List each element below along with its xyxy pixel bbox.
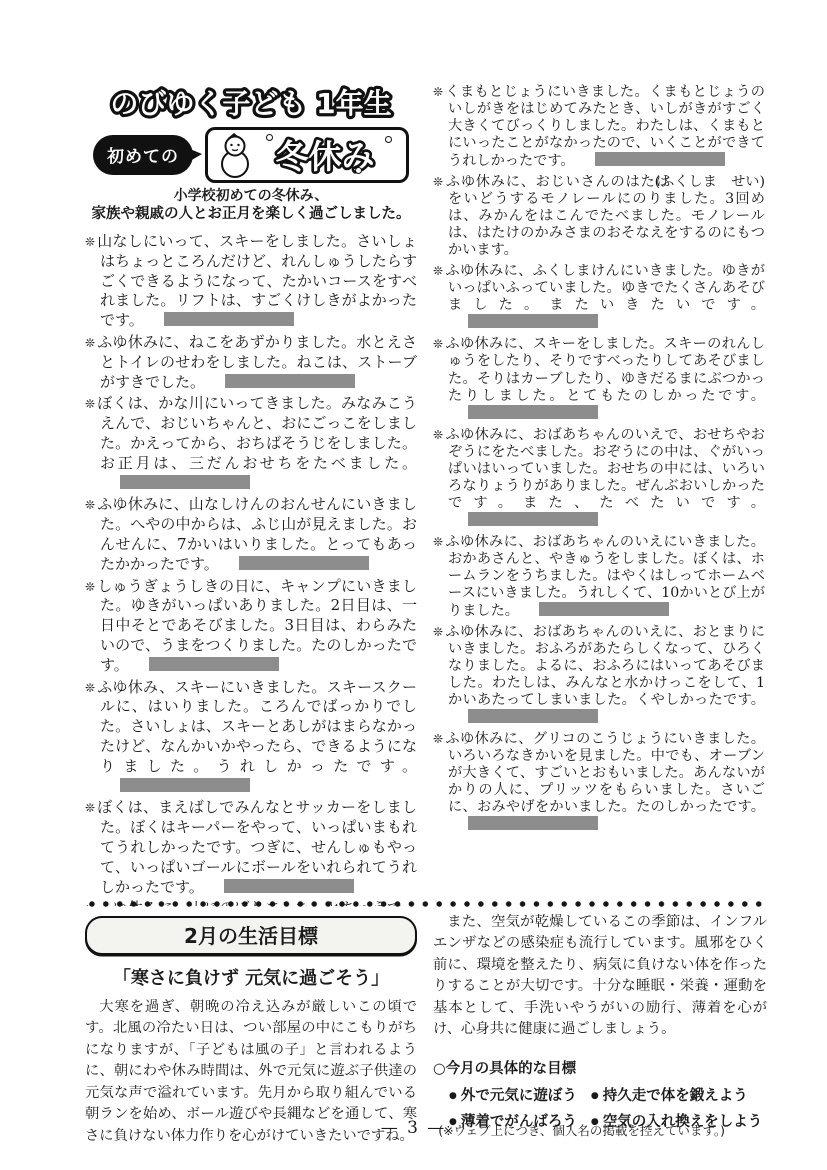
snowflake-dot-icon	[355, 167, 362, 174]
florette-bullet-icon: ❊	[85, 336, 95, 350]
banner-row: 初めての 冬休み	[93, 127, 417, 183]
left-essay-4: ❊ふゆ休みに、山なしけんのおんせんにいきました。へやの中からは、ふじ山が見えまし…	[85, 495, 417, 574]
concrete-goals-heading: ○今月の具体的な目標	[433, 1057, 767, 1078]
essay-columns: のびゆく子ども 1年生 初めての	[0, 0, 827, 906]
bullet-icon: ●	[449, 1091, 457, 1101]
redacted-name-box	[468, 405, 598, 419]
redacted-name-box	[468, 314, 598, 328]
redacted-name-box	[468, 512, 598, 526]
left-essay-5: ❊しゅうぎょうしきの日に、キャンプにいきました。ゆきがいっぱいありました。2日目…	[85, 577, 417, 676]
left-essay-6: ❊ふゆ休み、スキーにいきました。スキースクールに、はいりました。ころんでばっかり…	[85, 678, 417, 797]
page-footer: — 3 — (※ウェブ上につき、個人名の掲載を控えています。)	[0, 1118, 827, 1142]
left-essay-list: ❊山なしにいって、スキーをしました。さいしょはちょっところんだけど、れんしゅうし…	[85, 232, 417, 906]
newsletter-page: のびゆく子ども 1年生 初めての	[0, 0, 827, 1170]
redacted-name-box	[468, 816, 598, 830]
redacted-name-box	[224, 879, 354, 893]
snowflake-dot-icon	[385, 136, 392, 143]
left-essay-7: ❊ぼくは、まえばしでみんなとサッカーをしました。ぼくはキーパーをやって、いっぱい…	[85, 798, 417, 897]
florette-bullet-icon: ❊	[433, 175, 443, 189]
right-column: ❊くまもとじょうにいきました。くまもとじょうのいしがきをはじめてみたとき、いしが…	[433, 84, 765, 906]
left-essay-2: ❊ふゆ休みに、ねこをあずかりました。水とえさとトイレのせわをしました。ねこは、ス…	[85, 333, 417, 392]
right-essay-8: ❊ふゆ休みに、グリコのこうじょうにいきました。いろいろなきかいを見ました。中でも…	[433, 731, 765, 834]
dotted-separator	[85, 899, 765, 909]
subtitle-line-2: 家族や親戚の人とお正月を楽しく過ごしました。	[85, 205, 417, 224]
goal-item-label: 持久走で体を鍛えよう	[603, 1088, 748, 1104]
goal-item: ●外で元気に遊ぼう	[449, 1084, 577, 1105]
florette-bullet-icon: ❊	[85, 498, 95, 512]
florette-bullet-icon: ❊	[433, 85, 443, 99]
left-essay-1: ❊山なしにいって、スキーをしました。さいしょはちょっところんだけど、れんしゅうし…	[85, 232, 417, 331]
right-essay-list: ❊くまもとじょうにいきました。くまもとじょうのいしがきをはじめてみたとき、いしが…	[433, 84, 765, 834]
essay-text: ふゆ休みに、ふくしまけんにいきました。ゆきがいっぱいふっていました。ゆきでたくさ…	[445, 263, 765, 313]
masthead: のびゆく子ども 1年生 初めての	[85, 84, 417, 224]
left-column: のびゆく子ども 1年生 初めての	[85, 84, 417, 906]
right-essay-4: ❊ふゆ休みに、スキーをしました。スキーのれんしゅうをしたり、そりですべったりして…	[433, 336, 765, 422]
masthead-title-art: のびゆく子ども 1年生	[85, 84, 417, 122]
winter-break-banner: 冬休み	[205, 127, 409, 183]
privacy-note: (※ウェブ上につき、個人名の掲載を控えています。)	[438, 1121, 725, 1139]
redacted-name-box	[239, 556, 369, 570]
redacted-name-box	[149, 657, 279, 671]
florette-bullet-icon: ❊	[433, 337, 443, 351]
right-essay-1: ❊くまもとじょうにいきました。くまもとじょうのいしがきをはじめてみたとき、いしが…	[433, 84, 765, 170]
florette-bullet-icon: ❊	[85, 681, 95, 695]
essay-text: ふゆ休みに、スキーをしました。スキーのれんしゅうをしたり、そりですべったりしてあ…	[445, 336, 765, 403]
florette-bullet-icon: ❊	[433, 625, 443, 639]
goal-item: ●持久走で体を鍛えよう	[591, 1084, 762, 1105]
redacted-name-box	[164, 312, 294, 326]
essay-text: ふゆ休みに、おばあちゃんのいえに、おとまりにいきました。おふろがあたらしくなって…	[445, 624, 765, 708]
florette-bullet-icon: ❊	[433, 732, 443, 746]
florette-bullet-icon: ❊	[85, 580, 95, 594]
health-body: また、空気が乾燥しているこの季節は、インフルエンザなどの感染症も流行しています。…	[433, 912, 767, 1041]
redacted-name-box	[120, 475, 250, 489]
essay-text: ふゆ休みに、おばあちゃんのいえで、おせちやおぞうにをたべました。おぞうにの中は、…	[445, 427, 765, 511]
essay-text: ふゆ休み、スキーにいきました。スキースクールに、はいりました。ころんでばっかりで…	[97, 678, 417, 775]
essay-text: ふゆ休みに、グリコのこうじょうにいきました。いろいろなきかいを見ました。中でも、…	[445, 731, 765, 815]
right-essay-5: ❊ふゆ休みに、おばあちゃんのいえで、おせちやおぞうにをたべました。おぞうにの中は…	[433, 427, 765, 530]
life-goal-section: 2月の生活目標 「寒さに負けず 元気に過ごそう」 大寒を過ぎ、朝晩の冷え込みが厳…	[85, 916, 417, 1147]
snowman-icon	[208, 131, 260, 179]
lead-subtitle: 小学校初めての冬休み、 家族や親戚の人とお正月を楽しく過ごしました。	[85, 187, 417, 224]
essay-attribution: (ふくしま せい)	[670, 174, 765, 191]
florette-bullet-icon: ❊	[433, 264, 443, 278]
florette-bullet-icon: ❊	[85, 235, 95, 249]
florette-bullet-icon: ❊	[433, 428, 443, 442]
florette-bullet-icon: ❊	[433, 535, 443, 549]
bullet-icon: ●	[591, 1091, 599, 1101]
right-essay-3: ❊ふゆ休みに、ふくしまけんにいきました。ゆきがいっぱいふっていました。ゆきでたく…	[433, 263, 765, 332]
florette-bullet-icon: ❊	[85, 397, 95, 411]
masthead-title: のびゆく子ども 1年生	[110, 87, 391, 120]
right-essay-7: ❊ふゆ休みに、おばあちゃんのいえに、おとまりにいきました。おふろがあたらしくなっ…	[433, 624, 765, 727]
first-time-badge: 初めての	[93, 135, 193, 175]
right-essay-2: (ふくしま せい)❊ふゆ休みに、おじいさんのはたけをいどうするモノレールにのりま…	[433, 174, 765, 259]
health-section: また、空気が乾燥しているこの季節は、インフルエンザなどの感染症も流行しています。…	[433, 912, 767, 1131]
snowflake-dot-icon	[266, 134, 273, 141]
life-goal-slogan: 「寒さに負けず 元気に過ごそう」	[85, 964, 417, 990]
essay-text: ぼくは、かな川にいってきました。みなみこうえんで、おじいちゃんと、おにごっこをし…	[97, 394, 417, 471]
left-essay-3: ❊ぼくは、かな川にいってきました。みなみこうえんで、おじいちゃんと、おにごっこを…	[85, 394, 417, 493]
goal-item-label: 外で元気に遊ぼう	[461, 1088, 577, 1104]
redacted-name-box	[468, 709, 598, 723]
winter-break-title-art: 冬休み	[260, 131, 390, 179]
right-essay-6: ❊ふゆ休みに、おばあちゃんのいえにいきました。おかあさんと、やきゅうをしました。…	[433, 534, 765, 620]
life-goal-heading: 2月の生活目標	[85, 916, 417, 955]
redacted-name-box	[595, 152, 725, 166]
subtitle-line-1: 小学校初めての冬休み、	[85, 187, 417, 205]
redacted-name-box	[225, 374, 355, 388]
redacted-name-box	[539, 602, 669, 616]
redacted-name-box	[120, 778, 250, 792]
florette-bullet-icon: ❊	[85, 801, 95, 815]
